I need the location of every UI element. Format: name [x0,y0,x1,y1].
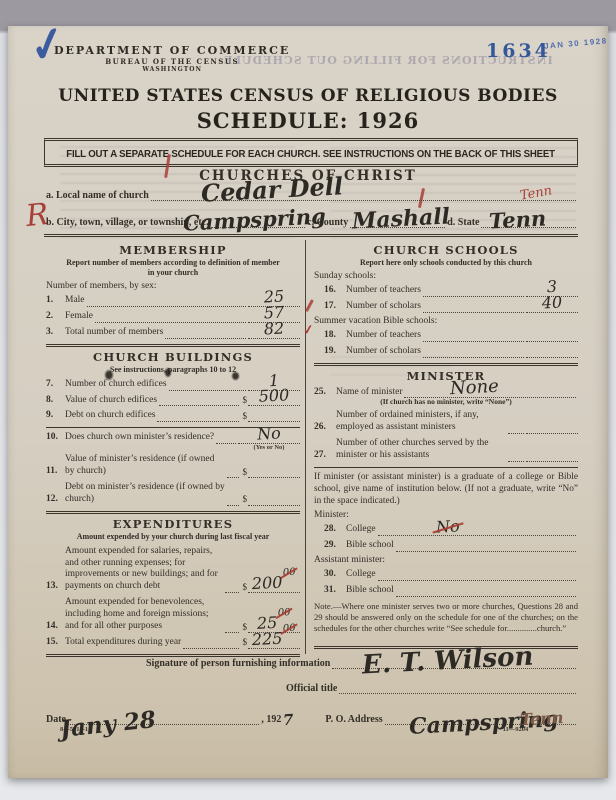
item-number: 25. [314,387,336,399]
item-label: Number of teachers [346,285,421,297]
handwritten-value: 82 [248,317,301,340]
year-value: 7 [283,711,294,730]
field-row-total-members: 3. Total number of members 82✓ [46,327,300,339]
item-number: 10. [46,432,65,444]
handwritten-value: 500 [248,385,301,408]
item-label: Value of church edifices [65,395,157,407]
item-number: 31. [324,585,346,597]
handwritten-value: 40 [526,291,579,314]
dotted-leader [225,589,239,593]
item-label: Debt on church edifices [65,410,155,422]
field-row-minister-name: 25. Name of minister None [314,387,578,399]
received-date-stamp: JAN 30 1928 [544,36,608,51]
year-printed: , 192 [261,714,281,725]
answer-slot: 40 [526,308,578,313]
item-number: 1. [46,295,65,307]
instruction-banner: FILL OUT A SEPARATE SCHEDULE FOR EACH CH… [44,138,578,167]
dotted-leader [423,293,524,297]
dollar-sign: $ [243,395,248,406]
item-number: 14. [46,621,65,633]
item-label: Does church own minister’s residence? [65,432,214,444]
field-row-assistant-college: 30. College [324,569,578,581]
dollar-sign: $ [243,411,248,422]
expenditures-heading: EXPENDITURES [46,517,300,531]
item-number: 9. [46,410,65,422]
item-number: 8. [46,395,65,407]
item-label: Number of scholars [346,346,421,358]
state-value: Tenn [489,206,547,234]
answer-slot: No(Yes or No) [238,439,300,444]
identity-section: a. Local name of church Cedar Dell b. Ci… [46,184,578,228]
buildings-heading: CHURCH BUILDINGS [46,350,300,364]
official-title-label: Official title [286,683,337,694]
item-number: 7. [46,379,65,391]
dollar-sign: $ [243,467,248,478]
note-paragraph: Note.—Where one minister serves two or m… [314,601,578,635]
item-label: Number of ordained ministers, if any, em… [336,410,506,434]
dotted-leader [423,338,524,342]
dotted-leader [225,629,239,633]
expenditures-subheading: Amount expended by your church during la… [46,532,300,542]
item-label: College [346,569,376,581]
item-label: Number of scholars [346,301,421,313]
instruction-banner-text: FILL OUT A SEPARATE SCHEDULE FOR EACH CH… [67,148,556,160]
membership-subheading: Report number of members according to de… [64,258,282,278]
dotted-leader: Campspring [211,224,306,228]
date-po-row: Date Jany 28 , 192 7 P. O. Address Camps… [46,714,578,725]
cents-crossed: 00 [283,622,296,634]
handwritten-value: None [450,376,500,401]
dollar-sign: $ [243,622,248,633]
dollar-sign: $ [243,637,248,648]
answer-slot: 20000 [248,588,300,593]
answer-slot [526,457,578,462]
ink-smudge [231,371,240,381]
cents-crossed: 00 [278,607,291,619]
signature-row: Signature of person furnishing informati… [46,658,578,669]
field-row-expense-total: 15. Total expenditures during year $ 225… [46,637,300,649]
answer-slot [248,417,300,422]
item-label: Amount expended for benevolences, includ… [65,597,223,633]
field-row-residence-debt: 12. Debt on minister’s residence (if own… [46,482,300,506]
education-intro: If minister (or assistant minister) is a… [314,471,578,507]
handwritten-value: 22500 [248,627,301,650]
item-number: 18. [324,330,346,342]
local-name-value: Cedar Dell [200,171,343,207]
serial-number-stamp: 1634 [486,40,551,62]
answer-slot [526,429,578,434]
bureau-place: WASHINGTON [54,66,290,73]
answer-slot [248,473,300,478]
left-column: MEMBERSHIP Report number of members acco… [46,240,300,657]
form-number-small: 11—9204 [503,726,529,733]
dotted-leader: E. T. Wilson [332,665,576,669]
field-row-minister-bible-school: 29. Bible school [324,540,578,552]
item-number: 30. [324,569,346,581]
item-number: 15. [46,637,65,649]
dotted-leader [508,458,524,462]
field-row-summer-teachers: 18. Number of teachers [324,330,578,342]
answer-slot: 82✓ [248,334,300,339]
item-label: Number of teachers [346,330,421,342]
minister-heading: MINISTER [314,369,578,383]
dotted-leader [396,593,576,597]
item-label: Bible school [346,540,394,552]
item-label: Debt on minister’s residence (if owned b… [65,482,225,506]
dotted-leader: CampspringTenn11—9204 [385,721,576,725]
footer-section: Signature of person furnishing informati… [46,658,578,733]
item-number: 12. [46,494,65,506]
answer-slot [526,353,578,358]
schools-subheading: Report here only schools conducted by th… [314,258,578,268]
dotted-leader: Jany 28 [68,721,259,725]
bureau-name: BUREAU OF THE CENSUS [54,57,290,66]
location-row: b. City, town, village, or township, etc… [46,217,578,228]
answer-slot [248,501,300,506]
cents-crossed: 00 [283,567,296,579]
handwritten-value: 20000 [248,572,301,595]
dotted-leader [157,418,238,422]
dotted-leader [227,502,239,506]
answer-slot: 500 [248,401,300,406]
field-row-assistant-count: 26. Number of ordained ministers, if any… [314,410,578,434]
dotted-leader [169,387,246,391]
dotted-leader [423,354,524,358]
item-label: Value of minister’s residence (if owned … [65,454,225,478]
dotted-leader: Cedar Dell [151,197,576,201]
dotted-leader [339,690,576,694]
date-value: Jany 28 [59,706,157,743]
item-number: 3. [46,327,65,339]
field-row-edifice-debt: 9. Debt on church edifices $ [46,410,300,422]
form-schedule-year: SCHEDULE: 1926 [8,108,608,133]
right-column: CHURCH SCHOOLS Report here only schools … [314,240,578,649]
item-label: Number of church edifices [65,379,167,391]
dollars: 200 [251,573,282,594]
dotted-leader [165,335,246,339]
official-title-row: Official title [46,683,578,694]
county-value: Mashall [352,203,451,234]
handwritten-value-crossed: No [435,516,460,537]
item-number: 13. [46,581,65,593]
item-number: 16. [324,285,346,297]
section-divider-rule [314,363,578,366]
handwritten-value: No [238,423,301,446]
dotted-leader [159,402,238,406]
section-divider-rule [46,511,300,514]
signature-label: Signature of person furnishing informati… [146,658,330,669]
agency-block: DEPARTMENT OF COMMERCE BUREAU OF THE CEN… [54,44,290,73]
item-label: Bible school [346,585,394,597]
membership-heading: MEMBERSHIP [46,243,300,257]
item-label: Total number of members [65,327,163,339]
dotted-leader: None [404,394,576,398]
section-divider-rule [44,234,578,237]
field-row-summer-scholars: 19. Number of scholars [324,346,578,358]
item-label: Amount expended for salaries, repairs, a… [65,546,223,594]
dotted-leader [95,319,246,323]
ink-smudge [104,369,114,381]
yes-or-no-caption: (Yes or No) [230,444,308,452]
field-row-assistant-bible-school: 31. Bible school [324,585,578,597]
item-number: 26. [314,422,336,434]
item-number: 19. [324,346,346,358]
dotted-leader: Tenn [481,224,576,228]
field-row-edifice-value: 8. Value of church edifices $ 500 [46,395,300,407]
schools-heading: CHURCH SCHOOLS [314,243,578,257]
form-title: UNITED STATES CENSUS OF RELIGIOUS BODIES [8,86,608,106]
dotted-leader [227,474,239,478]
state-label: d. State [447,217,479,228]
po-address-label: P. O. Address [325,714,382,725]
item-number: 17. [324,301,346,313]
dollars: 225 [251,628,282,649]
item-number: 28. [324,524,346,536]
dotted-leader [508,430,524,434]
dotted-leader [87,303,246,307]
ink-smudge [164,367,172,378]
item-label: Female [65,311,93,323]
dotted-leader [423,309,524,313]
dotted-leader: Mashall [350,224,445,228]
field-row-other-churches: 27. Number of other churches served by t… [314,438,578,462]
item-number: 11. [46,466,65,478]
item-number: 27. [314,450,336,462]
item-label: Male [65,295,85,307]
field-row-own-residence: 10. Does church own minister’s residence… [46,432,300,444]
education-assistant-label: Assistant minister: [314,555,578,565]
dollar-sign: $ [243,494,248,505]
minister-name-caption: (If church has no minister, write “None”… [314,397,578,406]
item-number: 2. [46,311,65,323]
local-name-label: a. Local name of church [46,190,149,201]
field-row-minister-college: 28. College No [324,524,578,536]
dollar-sign: $ [243,582,248,593]
item-label: College [346,524,376,536]
field-row-residence-value: 11. Value of minister’s residence (if ow… [46,454,300,478]
item-label: Total expenditures during year [65,637,181,649]
field-row-expense-14: 14. Amount expended for benevolences, in… [46,597,300,633]
dotted-leader [183,645,238,649]
answer-slot: 22500 [248,644,300,649]
dotted-leader [378,577,576,581]
item-label: Number of other churches served by the m… [336,438,506,462]
city-value: Campspring [182,203,326,235]
item-number: 29. [324,540,346,552]
field-row-sunday-scholars: 17. Number of scholars 40 [324,301,578,313]
summer-schools-label: Summer vacation Bible schools: [314,316,578,326]
section-divider-rule [46,344,300,347]
local-name-row: a. Local name of church Cedar Dell [46,190,578,201]
census-schedule-page: INSTRUCTIONS FOR FILLING OUT SCHEDULE ✓ … [8,26,608,778]
dotted-leader [396,548,576,552]
department-name: DEPARTMENT OF COMMERCE [54,44,290,57]
section-divider-rule [314,467,578,468]
field-row-expense-13: 13. Amount expended for salaries, repair… [46,546,300,594]
dotted-leader: No [378,532,576,536]
answer-slot [526,337,578,342]
